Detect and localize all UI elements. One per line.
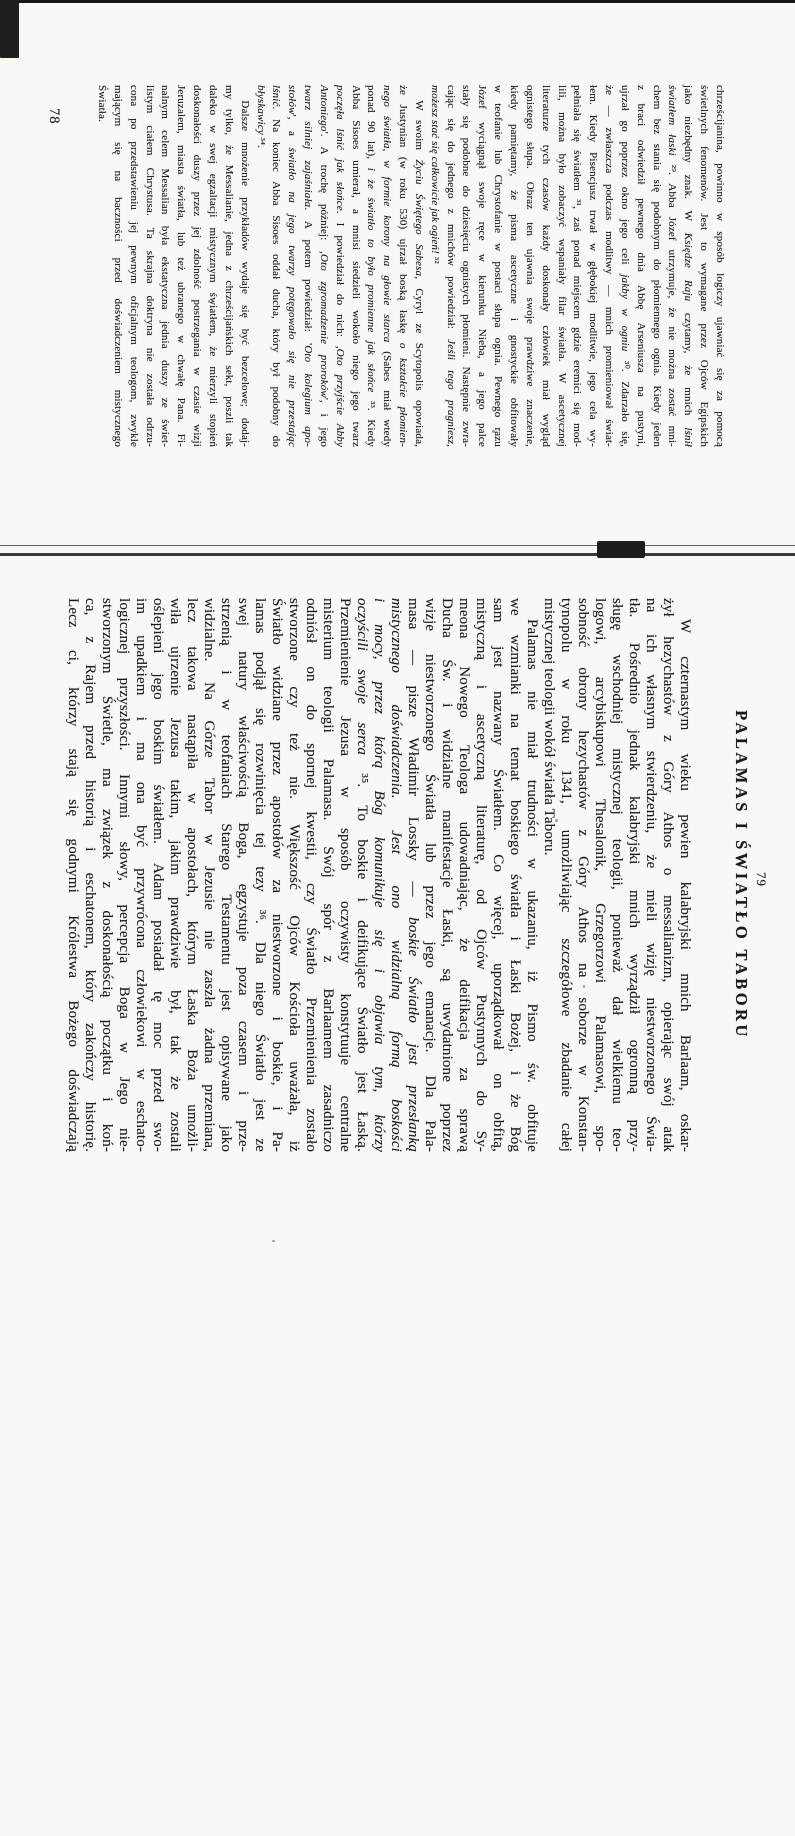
text-line: widzialne. Na Górze Tabor w Jezusie nie … xyxy=(200,598,217,1152)
text-line: w teofanie lub Chrystofanie w postaci sł… xyxy=(489,85,505,447)
text-line: żył hezychastów z Góry Athos o messalian… xyxy=(659,598,676,1152)
text-line: i mocy, przez którą Bóg komunikuje się i… xyxy=(370,598,387,1152)
page-79-text-column: W czternastym wieku pewien kalabryjski m… xyxy=(64,598,693,1152)
book-spread: chrześcijanina, powinno w sposób logiczy… xyxy=(0,0,795,1836)
text-line: błyskawicy ³⁴. xyxy=(252,85,268,447)
text-line: sługę wschodniej mistycznej teologii, po… xyxy=(608,598,625,1152)
text-line: ognistego słupa. Obraz ten ujawnia swoje… xyxy=(521,85,537,447)
text-line: Abba Sisoes umierał, a mnisi siedzieli w… xyxy=(347,85,363,447)
page-number-79: 79 xyxy=(753,872,769,887)
text-line: kiedy pamiętamy, że pisma ascetyczne i g… xyxy=(505,85,521,447)
text-line: literaturze tych czasów każdy doskonały … xyxy=(537,85,553,447)
text-line: misterium teologii Palamasa. Swój spór z… xyxy=(319,598,336,1152)
text-line: mającym się na baczności przed doświadcz… xyxy=(109,85,125,447)
text-line: nego światła, w formie korony na głowie … xyxy=(378,85,394,447)
text-line: pełniała się światłem ³¹, zaś ponad miej… xyxy=(569,85,585,447)
text-line: doskonałości duszy przez jej zdolność po… xyxy=(188,85,204,447)
text-line: poczęła lśnić jak słońce. I powiedział d… xyxy=(331,85,347,447)
text-line: listym ciałem Chrystusa. Ta skrajna dokt… xyxy=(141,85,157,447)
text-line: mistycznego doświadczenia. Jest ono widz… xyxy=(387,598,404,1152)
text-line: logowi, arcybiskupowi Thesalonik, Grzego… xyxy=(591,598,608,1152)
text-line: Palamas nie miał trudności w ukazaniu, i… xyxy=(523,598,540,1152)
text-line: strzenią i w teofaniach Starego Testamen… xyxy=(217,598,234,1152)
text-line: że Justynian (w roku 530) ujrzał boską ł… xyxy=(394,85,410,447)
page-78-text-column: chrześcijanina, powinno w sposób logiczy… xyxy=(93,85,727,447)
text-line: ca, z Rajem przed historią i eschatonem,… xyxy=(81,598,98,1152)
text-line: twarz silniej zajaśniała. A potem powied… xyxy=(299,85,315,447)
chapter-title: PALAMAS I ŚWIATŁO TABORU xyxy=(731,598,751,1152)
text-line: nalnym celem Messalian była ekstatyczna … xyxy=(157,85,173,447)
page-number-78: 78 xyxy=(45,108,62,125)
text-line: świetlnych fenomenów. Jest to wymagane p… xyxy=(695,85,711,447)
text-line: tynopolu w roku 1341, umożliwiając szcze… xyxy=(557,598,574,1152)
text-line: lśnić. Na koniec Abba Sisoes oddał ducha… xyxy=(268,85,284,447)
text-line: lamas podjął się rozwinięcia tej tezy ³⁶… xyxy=(251,598,268,1152)
text-line: stworzonym Świetle, ma związek z doskona… xyxy=(98,598,115,1152)
text-line: Światła. xyxy=(93,85,109,447)
text-line: logicznej przyszłości. Innymi słowy, per… xyxy=(115,598,132,1152)
text-line: mistycznej teologii wokół światła Taboru… xyxy=(540,598,557,1152)
text-line: oczyścili swoje serca ³⁵. To boskie i de… xyxy=(353,598,370,1152)
text-line: mistyczną i ascetyczną literaturę, od Oj… xyxy=(472,598,489,1152)
text-line: Przemienienie Jezusa w sposób oczywisty … xyxy=(336,598,353,1152)
text-line: ujrzał go poprzez okno jego celi jakby w… xyxy=(616,85,632,447)
page-78: chrześcijanina, powinno w sposób logiczy… xyxy=(0,0,795,540)
text-line: chem bez stania się podobnym do płomienn… xyxy=(648,85,664,447)
book-spine-shadow xyxy=(0,545,795,546)
text-line: W czternastym wieku pewien kalabryjski m… xyxy=(676,598,693,1152)
text-line: Jeruzalem, miasta światła, lub też ubran… xyxy=(172,85,188,447)
text-line: Światło widziane przez apostołów za nies… xyxy=(268,598,285,1152)
text-line: tła. Pośrednio jednak kalabryjski mnich … xyxy=(625,598,642,1152)
text-line: wizje niestworzonego Światła lub przez j… xyxy=(421,598,438,1152)
text-line: lecz takowa nastąpiła w apostołach, któr… xyxy=(183,598,200,1152)
text-line: oślepieni jego boskim światłem. Adam pos… xyxy=(149,598,166,1152)
text-line: łem. Kiedy Pisencjusz trwał w głębokiej … xyxy=(584,85,600,447)
text-line: cając się do jednego z mnichów powiedzia… xyxy=(442,85,458,447)
page-79: PALAMAS I ŚWIATŁO TABORU 79 W czternasty… xyxy=(0,556,795,1356)
text-line: Dalsze mnożenie przykładów wydaje się by… xyxy=(236,85,252,447)
scanned-book-page-screenshot: chrześcijanina, powinno w sposób logiczy… xyxy=(0,0,795,1836)
text-line: Lecz ci, którzy stają się godnymi Króles… xyxy=(64,598,81,1152)
text-line: jako niezbędny znak. W Księdze Raju czyt… xyxy=(679,85,695,447)
text-line: W swoim Życiu Świętego Sabesa, Cyryl ze … xyxy=(410,85,426,447)
text-line: Antoniego'. A trochę później: ,Oto zgrom… xyxy=(315,85,331,447)
text-line: cona po przedstawieniu jej pewnym oficja… xyxy=(125,85,141,447)
text-line: im upadkiem i ma ona być przywrócona czł… xyxy=(132,598,149,1152)
text-line: światłem łaski ²⁹. Abba Józef utrzymuje,… xyxy=(664,85,680,447)
text-line: ponad 90 lat), i że światło to było prom… xyxy=(363,85,379,447)
text-line: wiła ujrzenie Jezusa takim, jakim prawdz… xyxy=(166,598,183,1152)
text-line: we wzmianki na temat boskiego światła i … xyxy=(506,598,523,1152)
text-line: masa — pisze Władimir Lossky — boskie Św… xyxy=(404,598,421,1152)
text-line: stały się podobne do dziesięciu ognistyc… xyxy=(458,85,474,447)
text-line: sobność obrony hezychastów z Góry Athos … xyxy=(574,598,591,1152)
text-line: swej natury właściwością Boga, egzystuje… xyxy=(234,598,251,1152)
text-line: na ich własnym stwierdzeniu, że mieli wi… xyxy=(642,598,659,1152)
text-line: odniósł on do spornej kwestii, czy Świat… xyxy=(302,598,319,1152)
text-line: Józef wyciągnął swoje ręce w kierunku Ni… xyxy=(474,85,490,447)
text-line: my tylko, że Messalianie, jedna z chrześ… xyxy=(220,85,236,447)
text-line: meona Nowego Teologa udowadniając, że de… xyxy=(455,598,472,1152)
text-line: sam jest nazwany Światłem. Co więcej, up… xyxy=(489,598,506,1152)
text-line: z braci odwiedził pewnego dnia Abbę Arse… xyxy=(632,85,648,447)
text-line: stołów', a światło na jego twarzy potęgo… xyxy=(283,85,299,447)
text-line: stworzone czy też nie. Większość Ojców K… xyxy=(285,598,302,1152)
text-line: lili, można było zobaczyć wspaniały fila… xyxy=(553,85,569,447)
text-line: chrześcijanina, powinno w sposób logiczy… xyxy=(711,85,727,447)
text-line: daleko w swej egzaltacji mistycznym świa… xyxy=(204,85,220,447)
text-line: Ducha Św. i widzialne manifestacje Łaski… xyxy=(438,598,455,1152)
text-line: że — zwłaszcza podczas modlitwy — mnich … xyxy=(600,85,616,447)
text-line: możesz stać się całkowicie jak ogień! ³² xyxy=(426,85,442,447)
